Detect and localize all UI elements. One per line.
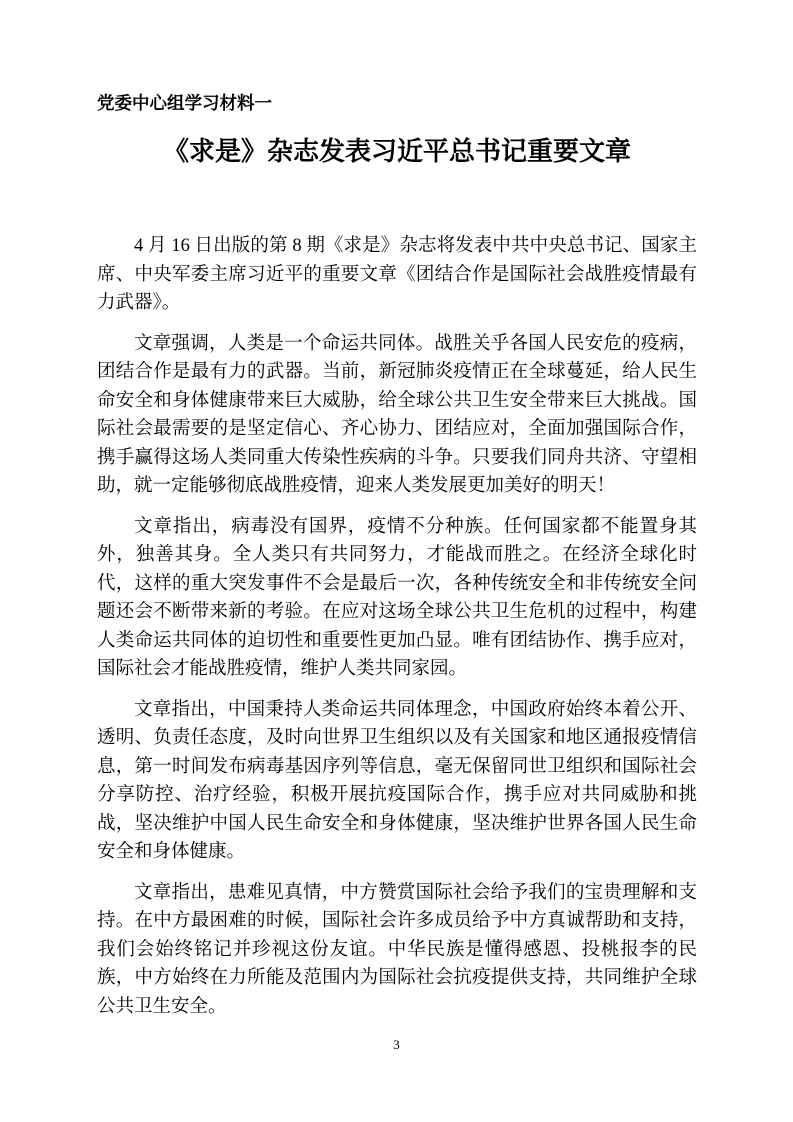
paragraph: 文章强调，人类是一个命运共同体。战胜关乎各国人民安危的疫病，团结合作是最有力的武… (97, 330, 697, 501)
document-header-label: 党委中心组学习材料一 (97, 92, 697, 114)
paragraph: 文章指出，中国秉持人类命运共同体理念，中国政府始终本着公开、透明、负责任态度，及… (97, 696, 697, 867)
paragraph: 文章指出，病毒没有国界，疫情不分种族。任何国家都不能置身其外，独善其身。全人类只… (97, 513, 697, 684)
page-number: 3 (0, 1036, 793, 1054)
document-title: 《求是》杂志发表习近平总书记重要文章 (97, 132, 697, 170)
document-body: 4 月 16 日出版的第 8 期《求是》杂志将发表中共中央总书记、国家主席、中央… (97, 232, 697, 1021)
paragraph: 文章指出，患难见真情，中方赞赏国际社会给予我们的宝贵理解和支持。在中方最困难的时… (97, 879, 697, 1022)
document-page: 党委中心组学习材料一 《求是》杂志发表习近平总书记重要文章 4 月 16 日出版… (0, 0, 793, 1122)
paragraph: 4 月 16 日出版的第 8 期《求是》杂志将发表中共中央总书记、国家主席、中央… (97, 232, 697, 318)
